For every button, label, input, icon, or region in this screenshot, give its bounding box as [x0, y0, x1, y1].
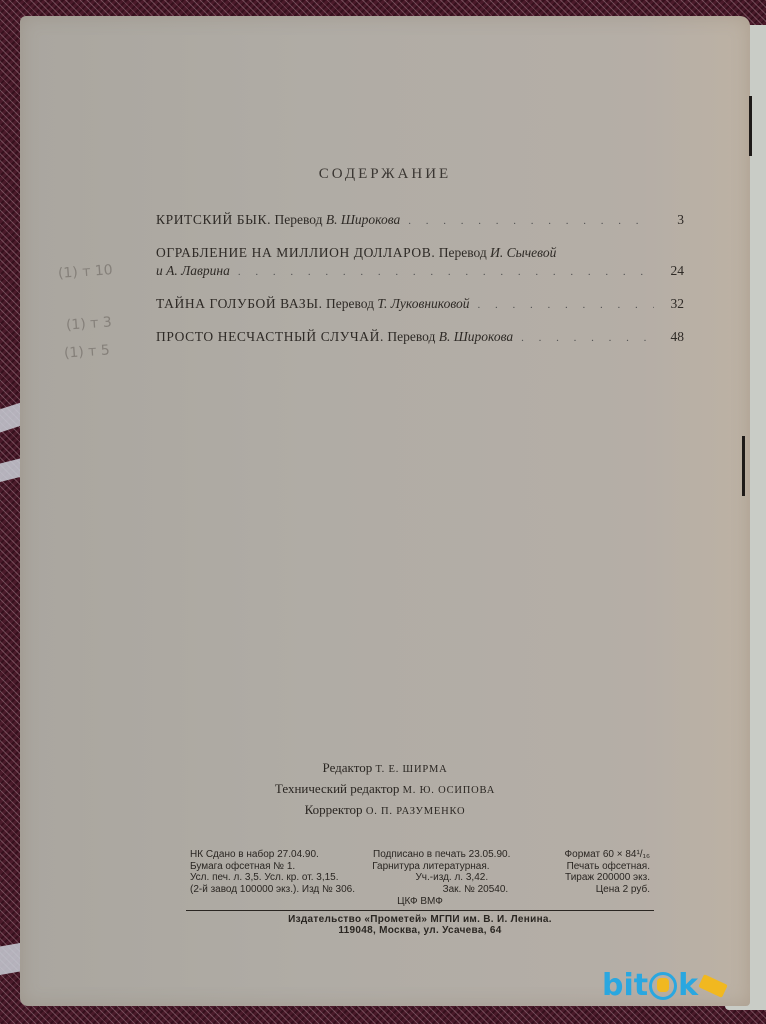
- imprint-cell: Цена 2 руб.: [596, 884, 650, 896]
- imprint-row: Бумага офсетная № 1. Гарнитура литератур…: [190, 861, 650, 873]
- translator-prefix: Перевод: [274, 211, 322, 229]
- proofreader-label: Корректор: [305, 802, 363, 817]
- imprint-row: Усл. печ. л. 3,5. Усл. кр. от. 3,15. Уч.…: [190, 872, 650, 884]
- toc-title: СОДЕРЖАНИЕ: [20, 166, 750, 183]
- story-title: КРИТСКИЙ БЫК.: [156, 211, 271, 229]
- table-of-contents: КРИТСКИЙ БЫК. Перевод В. Широкова 3 ОГРА…: [156, 211, 684, 361]
- translator-name: В. Широкова: [326, 211, 400, 229]
- page-number: 48: [662, 328, 684, 346]
- toc-entry: КРИТСКИЙ БЫК. Перевод В. Широкова 3: [156, 211, 684, 230]
- editor-label: Редактор: [323, 760, 373, 775]
- imprint-row: НК Сдано в набор 27.04.90. Подписано в п…: [190, 849, 650, 861]
- imprint-cell: Печать офсетная.: [567, 861, 650, 873]
- dot-leader: [408, 212, 654, 230]
- tech-editor-name: М. Ю. ОСИПОВА: [403, 785, 495, 796]
- translator-prefix: Перевод: [439, 244, 487, 262]
- imprint-row: (2-й завод 100000 экз.). Изд № 306. Зак.…: [190, 884, 650, 896]
- page-number: 3: [662, 211, 684, 229]
- publisher-address: 119048, Москва, ул. Усачева, 64: [190, 925, 650, 937]
- handwritten-note: (1) т 5: [63, 342, 110, 361]
- imprint-cell: Гарнитура литературная.: [372, 861, 489, 873]
- binding-mark: [749, 96, 752, 156]
- imprint-cell: Бумага офсетная № 1.: [190, 861, 295, 873]
- ok-hand-icon: [649, 972, 677, 1000]
- credits: Редактор Т. Е. ШИРМА Технический редакто…: [20, 758, 750, 821]
- watermark-text: bit: [602, 968, 648, 1003]
- toc-entry: ОГРАБЛЕНИЕ НА МИЛЛИОН ДОЛЛАРОВ. Перевод …: [156, 244, 684, 281]
- dot-leader: [521, 329, 654, 347]
- story-title: ОГРАБЛЕНИЕ НА МИЛЛИОН ДОЛЛАРОВ.: [156, 244, 435, 262]
- divider: [186, 910, 654, 911]
- editor-line: Редактор Т. Е. ШИРМА: [20, 758, 750, 779]
- translator-name-2: и А. Лаврина: [156, 262, 230, 280]
- publisher-name: Издательство «Прометей» МГПИ им. В. И. Л…: [190, 914, 650, 926]
- imprint-cell: Зак. № 20540.: [443, 884, 509, 896]
- imprint-cell: Подписано в печать 23.05.90.: [373, 849, 510, 861]
- story-title: ТАЙНА ГОЛУБОЙ ВАЗЫ.: [156, 295, 323, 313]
- handwritten-notes: (1) т 10 (1) т 3 (1) т 5: [58, 244, 158, 384]
- imprint-cell: НК Сдано в набор 27.04.90.: [190, 849, 319, 861]
- binding-mark: [742, 436, 745, 496]
- toc-entry: ТАЙНА ГОЛУБОЙ ВАЗЫ. Перевод Т. Луковнико…: [156, 295, 684, 314]
- translator-name: В. Широкова: [439, 328, 513, 346]
- handwritten-note: (1) т 10: [58, 262, 114, 282]
- proofreader-line: Корректор О. П. РАЗУМЕНКО: [20, 800, 750, 821]
- imprint-cell: Тираж 200000 экз.: [565, 872, 650, 884]
- translator-name: Т. Луковниковой: [377, 295, 469, 313]
- page-number: 24: [662, 262, 684, 280]
- dot-leader: [478, 296, 654, 314]
- imprint-cell: Формат 60 × 84¹/₁₆: [565, 849, 650, 861]
- toc-entry: ПРОСТО НЕСЧАСТНЫЙ СЛУЧАЙ. Перевод В. Шир…: [156, 328, 684, 347]
- tech-editor-label: Технический редактор: [275, 781, 399, 796]
- tech-editor-line: Технический редактор М. Ю. ОСИПОВА: [20, 779, 750, 800]
- watermark-logo: bit k: [602, 968, 726, 1003]
- story-title: ПРОСТО НЕСЧАСТНЫЙ СЛУЧАЙ.: [156, 328, 384, 346]
- imprint-cell: Уч.-изд. л. 3,42.: [415, 872, 488, 884]
- watermark-text: k: [678, 968, 698, 1003]
- proofreader-name: О. П. РАЗУМЕНКО: [366, 806, 466, 817]
- handwritten-note: (1) т 3: [65, 314, 112, 333]
- imprint: НК Сдано в набор 27.04.90. Подписано в п…: [190, 849, 650, 937]
- translator-prefix: Перевод: [326, 295, 374, 313]
- translator-name: И. Сычевой: [490, 244, 556, 262]
- editor-name: Т. Е. ШИРМА: [375, 764, 447, 775]
- printer-name: ЦКФ ВМФ: [190, 896, 650, 908]
- translator-prefix: Перевод: [387, 328, 435, 346]
- imprint-cell: Усл. печ. л. 3,5. Усл. кр. от. 3,15.: [190, 872, 339, 884]
- dot-leader: [238, 263, 654, 281]
- page-number: 32: [662, 295, 684, 313]
- gavel-icon: [698, 974, 727, 998]
- imprint-cell: (2-й завод 100000 экз.). Изд № 306.: [190, 884, 355, 896]
- book-page: СОДЕРЖАНИЕ (1) т 10 (1) т 3 (1) т 5 КРИТ…: [20, 16, 750, 1006]
